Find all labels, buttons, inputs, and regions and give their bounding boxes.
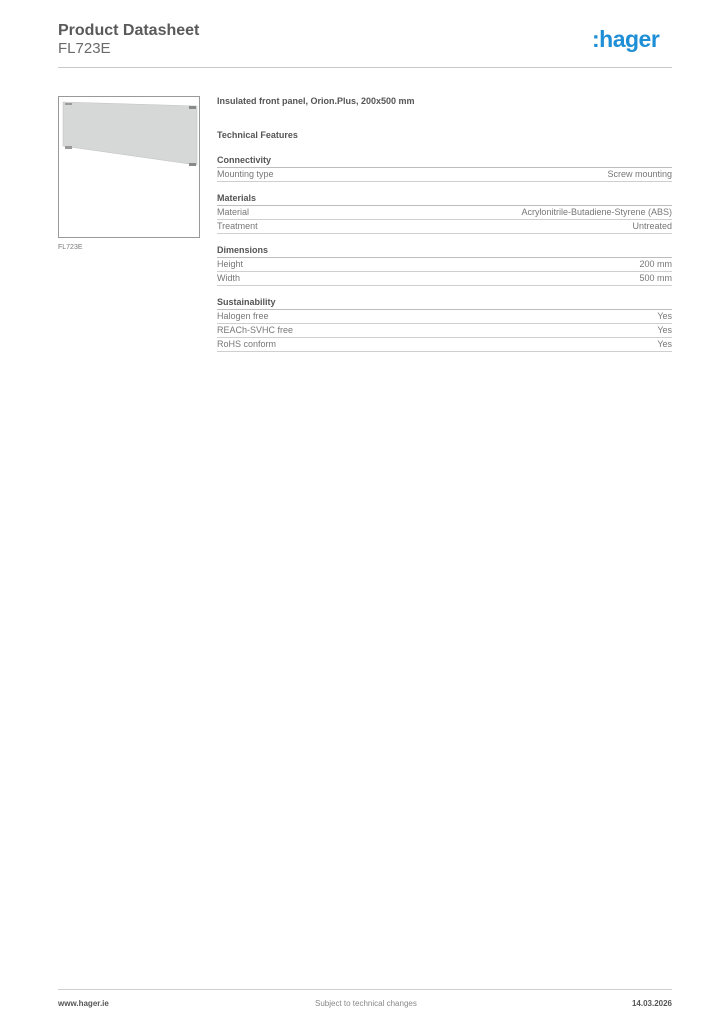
product-image: [58, 96, 200, 238]
spec-label: RoHS conform: [217, 338, 276, 351]
website-link[interactable]: www.hager.ie: [58, 999, 109, 1008]
spec-value: Yes: [657, 324, 672, 337]
section-title: Connectivity: [217, 154, 672, 168]
section-title: Sustainability: [217, 296, 672, 310]
spec-label: Mounting type: [217, 168, 274, 181]
footer-date: 14.03.2026: [632, 999, 672, 1008]
spec-value: 200 mm: [639, 258, 672, 271]
hager-logo: :hager: [592, 26, 659, 53]
spec-content: Insulated front panel, Orion.Plus, 200x5…: [217, 96, 672, 362]
product-description: Insulated front panel, Orion.Plus, 200x5…: [217, 96, 672, 130]
spec-row: Height200 mm: [217, 258, 672, 272]
spec-row: REACh-SVHC freeYes: [217, 324, 672, 338]
spec-value: Screw mounting: [607, 168, 672, 181]
spec-label: Halogen free: [217, 310, 269, 323]
spec-label: Width: [217, 272, 240, 285]
spec-label: Material: [217, 206, 249, 219]
technical-features-heading: Technical Features: [217, 130, 672, 140]
image-caption: FL723E: [58, 244, 83, 251]
spec-value: Untreated: [632, 220, 672, 233]
spec-section: SustainabilityHalogen freeYesREACh-SVHC …: [217, 296, 672, 352]
section-title: Materials: [217, 192, 672, 206]
spec-section: MaterialsMaterialAcrylonitrile-Butadiene…: [217, 192, 672, 234]
spec-label: Height: [217, 258, 243, 271]
spec-section: DimensionsHeight200 mmWidth500 mm: [217, 244, 672, 286]
spec-label: REACh-SVHC free: [217, 324, 293, 337]
front-panel-illustration: [59, 97, 201, 239]
footer-notice: Subject to technical changes: [315, 999, 417, 1008]
product-code: FL723E: [58, 40, 199, 57]
spec-row: RoHS conformYes: [217, 338, 672, 352]
document-header: Product Datasheet FL723E: [58, 22, 199, 57]
spec-value: Yes: [657, 310, 672, 323]
spec-sections: ConnectivityMounting typeScrew mountingM…: [217, 154, 672, 352]
spec-value: Acrylonitrile-Butadiene-Styrene (ABS): [521, 206, 672, 219]
spec-value: 500 mm: [639, 272, 672, 285]
spec-row: Width500 mm: [217, 272, 672, 286]
spec-row: MaterialAcrylonitrile-Butadiene-Styrene …: [217, 206, 672, 220]
header-divider: [58, 67, 672, 68]
spec-label: Treatment: [217, 220, 258, 233]
spec-row: Halogen freeYes: [217, 310, 672, 324]
section-title: Dimensions: [217, 244, 672, 258]
footer-divider: [58, 989, 672, 990]
spec-row: Mounting typeScrew mounting: [217, 168, 672, 182]
page-title: Product Datasheet: [58, 22, 199, 40]
spec-value: Yes: [657, 338, 672, 351]
spec-row: TreatmentUntreated: [217, 220, 672, 234]
spec-section: ConnectivityMounting typeScrew mounting: [217, 154, 672, 182]
